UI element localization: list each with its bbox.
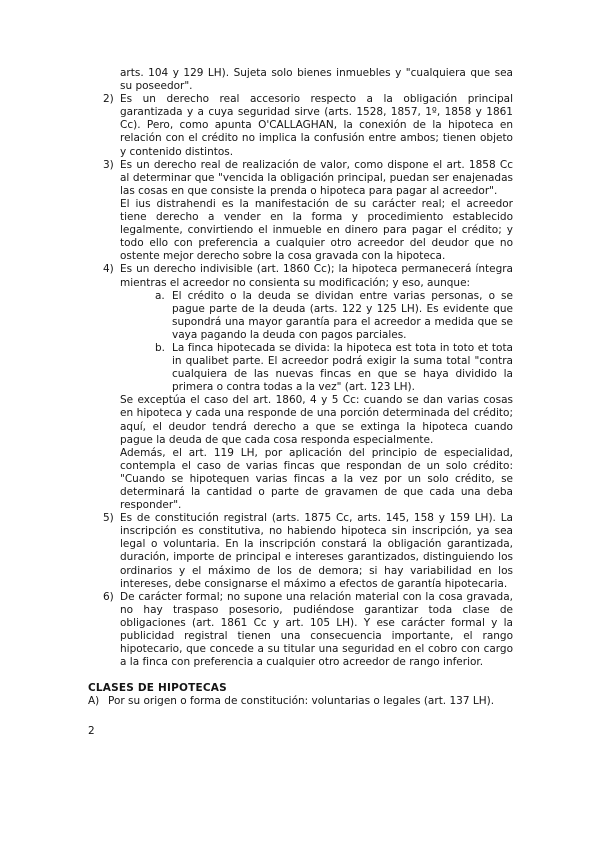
item-4-marker: 4) <box>103 263 120 276</box>
item-6-paragraph: De carácter formal; no supone una relaci… <box>120 591 513 670</box>
item-4-ademas-paragraph: Además, el art. 119 LH, por aplicación d… <box>120 447 513 512</box>
item-4-lead-paragraph: Es un derecho indivisible (art. 1860 Cc)… <box>120 263 513 289</box>
item-5-body: Es de constitución registral (arts. 1875… <box>120 512 513 591</box>
lettered-item-a: A) Por su origen o forma de constitución… <box>88 695 513 708</box>
lettered-item-a-body: Por su origen o forma de constitución: v… <box>108 695 513 708</box>
item-5-marker: 5) <box>103 512 120 525</box>
document-page: arts. 104 y 129 LH). Sujeta solo bienes … <box>0 0 599 848</box>
numbered-item-3: 3) Es un derecho real de realización de … <box>88 159 513 264</box>
numbered-item-2: 2) Es un derecho real accesorio respecto… <box>88 93 513 158</box>
sub-item-a: a. El crédito o la deuda se dividan entr… <box>120 290 513 342</box>
item-5-paragraph: Es de constitución registral (arts. 1875… <box>120 512 513 591</box>
item-3-paragraph-1: Es un derecho real de realización de val… <box>120 159 513 198</box>
sub-item-a-marker: a. <box>155 290 172 303</box>
section-heading: CLASES DE HIPOTECAS <box>88 682 513 695</box>
item-2-paragraph: Es un derecho real accesorio respecto a … <box>120 93 513 158</box>
sub-item-b-marker: b. <box>155 342 172 355</box>
item-3-marker: 3) <box>103 159 120 172</box>
page-number: 2 <box>88 725 513 738</box>
sub-item-a-text: El crédito o la deuda se dividan entre v… <box>172 290 513 342</box>
item-3-paragraph-2: El ius distrahendi es la manifestación d… <box>120 198 513 263</box>
item-4-exception-paragraph: Se exceptúa el caso del art. 1860, 4 y 5… <box>120 394 513 446</box>
sub-item-b-text: La finca hipotecada se divida: la hipote… <box>172 342 513 394</box>
item-2-marker: 2) <box>103 93 120 106</box>
continuation-paragraph: arts. 104 y 129 LH). Sujeta solo bienes … <box>120 67 513 93</box>
page-content: arts. 104 y 129 LH). Sujeta solo bienes … <box>88 67 513 738</box>
numbered-item-5: 5) Es de constitución registral (arts. 1… <box>88 512 513 591</box>
numbered-item-6: 6) De carácter formal; no supone una rel… <box>88 591 513 670</box>
lettered-item-a-text: Por su origen o forma de constitución: v… <box>108 695 513 708</box>
lettered-item-a-marker: A) <box>88 695 108 708</box>
item-6-marker: 6) <box>103 591 120 604</box>
item-2-body: Es un derecho real accesorio respecto a … <box>120 93 513 158</box>
numbered-item-4: 4) Es un derecho indivisible (art. 1860 … <box>88 263 513 512</box>
item-4-body: Es un derecho indivisible (art. 1860 Cc)… <box>120 263 513 512</box>
item-3-body: Es un derecho real de realización de val… <box>120 159 513 264</box>
sub-item-b: b. La finca hipotecada se divida: la hip… <box>120 342 513 394</box>
item-6-body: De carácter formal; no supone una relaci… <box>120 591 513 670</box>
